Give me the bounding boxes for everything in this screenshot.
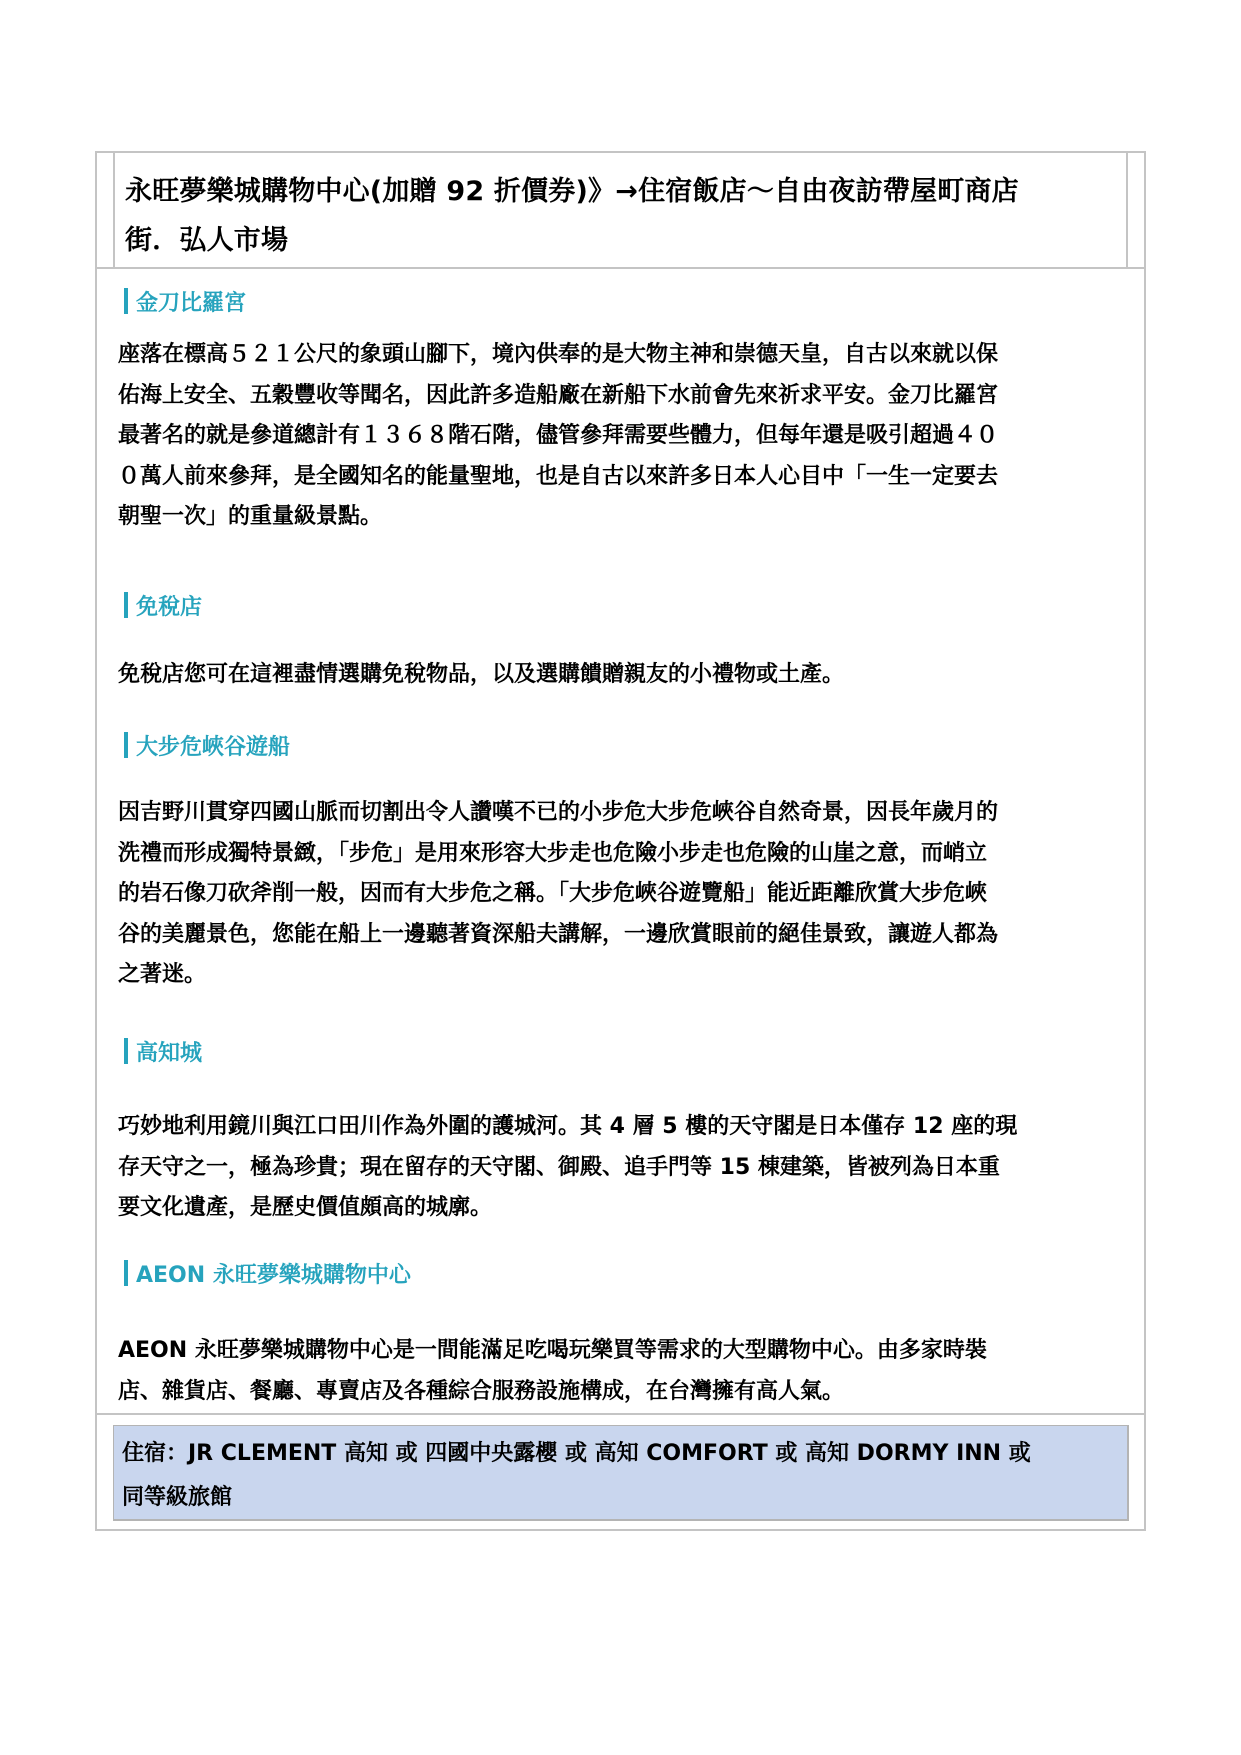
body-line: 要文化遺產，是歷史價值頗高的城廓。 [118,1188,1017,1229]
body-line: 的岩石像刀砍斧削一般，因而有大步危之稱。「大步危峽谷遊覽船」能近距離欣賞大步危峽 [118,874,998,915]
hotel-divider [97,1413,1144,1415]
body-line: 最著名的就是參道總計有１３６８階石階，儘管參拜需要些體力，但每年還是吸引超過４０ [118,416,998,457]
body-line: 巧妙地利用鏡川與江口田川作為外圍的護城河。其 4 層 5 樓的天守閣是日本僅存 … [118,1107,1017,1148]
body-line: 免稅店您可在這裡盡情選購免稅物品，以及選購饋贈親友的小禮物或土產。 [118,655,844,696]
section-body-kochi-castle: 巧妙地利用鏡川與江口田川作為外圍的護城河。其 4 層 5 樓的天守閣是日本僅存 … [118,1107,1017,1229]
body-line: AEON 永旺夢樂城購物中心是一間能滿足吃喝玩樂買等需求的大型購物中心。由多家時… [118,1331,987,1372]
heading-accent-bar [124,592,128,618]
section-heading-text: 金刀比羅宮 [136,286,246,317]
body-line: 之著迷。 [118,955,998,996]
hotel-info-box: 住宿：JR CLEMENT 高知 或 四國中央露櫻 或 高知 COMFORT 或… [113,1425,1129,1521]
section-heading-text: 免稅店 [136,590,202,621]
section-heading-text: AEON 永旺夢樂城購物中心 [136,1258,411,1289]
itinerary-day-frame: 永旺夢樂城購物中心(加贈 92 折價券)》→住宿飯店～自由夜訪帶屋町商店 街．弘… [95,151,1146,1531]
section-heading-aeon-mall: AEON 永旺夢樂城購物中心 [118,1259,411,1287]
section-heading-text: 高知城 [136,1036,202,1067]
section-body-duty-free: 免稅店您可在這裡盡情選購免稅物品，以及選購饋贈親友的小禮物或土產。 [118,655,844,696]
body-line: 座落在標高５２１公尺的象頭山腳下，境內供奉的是大物主神和崇德天皇，自古以來就以保 [118,335,998,376]
section-heading-text: 大步危峽谷遊船 [136,730,290,761]
heading-accent-bar [124,732,128,758]
body-line: ０萬人前來參拜，是全國知名的能量聖地，也是自古以來許多日本人心目中「一生一定要去 [118,457,998,498]
day-header: 永旺夢樂城購物中心(加贈 92 折價券)》→住宿飯店～自由夜訪帶屋町商店 街．弘… [97,153,1144,269]
heading-accent-bar [124,1260,128,1286]
section-body-oboke-cruise: 因吉野川貫穿四國山脈而切割出令人讚嘆不已的小步危大步危峽谷自然奇景，因長年歲月的… [118,793,998,996]
section-heading-oboke-cruise: 大步危峽谷遊船 [118,731,290,759]
section-heading-kotohiragu: 金刀比羅宮 [118,287,246,315]
section-heading-kochi-castle: 高知城 [118,1037,202,1065]
body-line: 存天守之一，極為珍貴；現在留存的天守閣、御殿、追手門等 15 棟建築，皆被列為日… [118,1148,1017,1189]
day-title-line-1: 永旺夢樂城購物中心(加贈 92 折價券)》→住宿飯店～自由夜訪帶屋町商店 [125,167,1126,216]
body-line: 谷的美麗景色，您能在船上一邊聽著資深船夫講解，一邊欣賞眼前的絕佳景致，讓遊人都為 [118,915,998,956]
section-heading-duty-free: 免稅店 [118,591,202,619]
hotel-line-2: 同等級旅館 [122,1476,1127,1520]
body-line: 店、雜貨店、餐廳、專賣店及各種綜合服務設施構成，在台灣擁有高人氣。 [118,1372,987,1413]
section-body-aeon-mall: AEON 永旺夢樂城購物中心是一間能滿足吃喝玩樂買等需求的大型購物中心。由多家時… [118,1331,987,1412]
body-line: 洗禮而形成獨特景緻，「步危」是用來形容大步走也危險小步走也危險的山崖之意，而峭立 [118,834,998,875]
heading-accent-bar [124,1038,128,1064]
day-title-line-2: 街．弘人市場 [125,216,1126,265]
day-header-inner: 永旺夢樂城購物中心(加贈 92 折價券)》→住宿飯店～自由夜訪帶屋町商店 街．弘… [113,153,1128,267]
hotel-line-1: 住宿：JR CLEMENT 高知 或 四國中央露櫻 或 高知 COMFORT 或… [122,1432,1127,1476]
body-line: 佑海上安全、五穀豐收等聞名，因此許多造船廠在新船下水前會先來祈求平安。金刀比羅宮 [118,376,998,417]
body-line: 因吉野川貫穿四國山脈而切割出令人讚嘆不已的小步危大步危峽谷自然奇景，因長年歲月的 [118,793,998,834]
heading-accent-bar [124,288,128,314]
body-line: 朝聖一次」的重量級景點。 [118,497,998,538]
section-body-kotohiragu: 座落在標高５２１公尺的象頭山腳下，境內供奉的是大物主神和崇德天皇，自古以來就以保… [118,335,998,538]
